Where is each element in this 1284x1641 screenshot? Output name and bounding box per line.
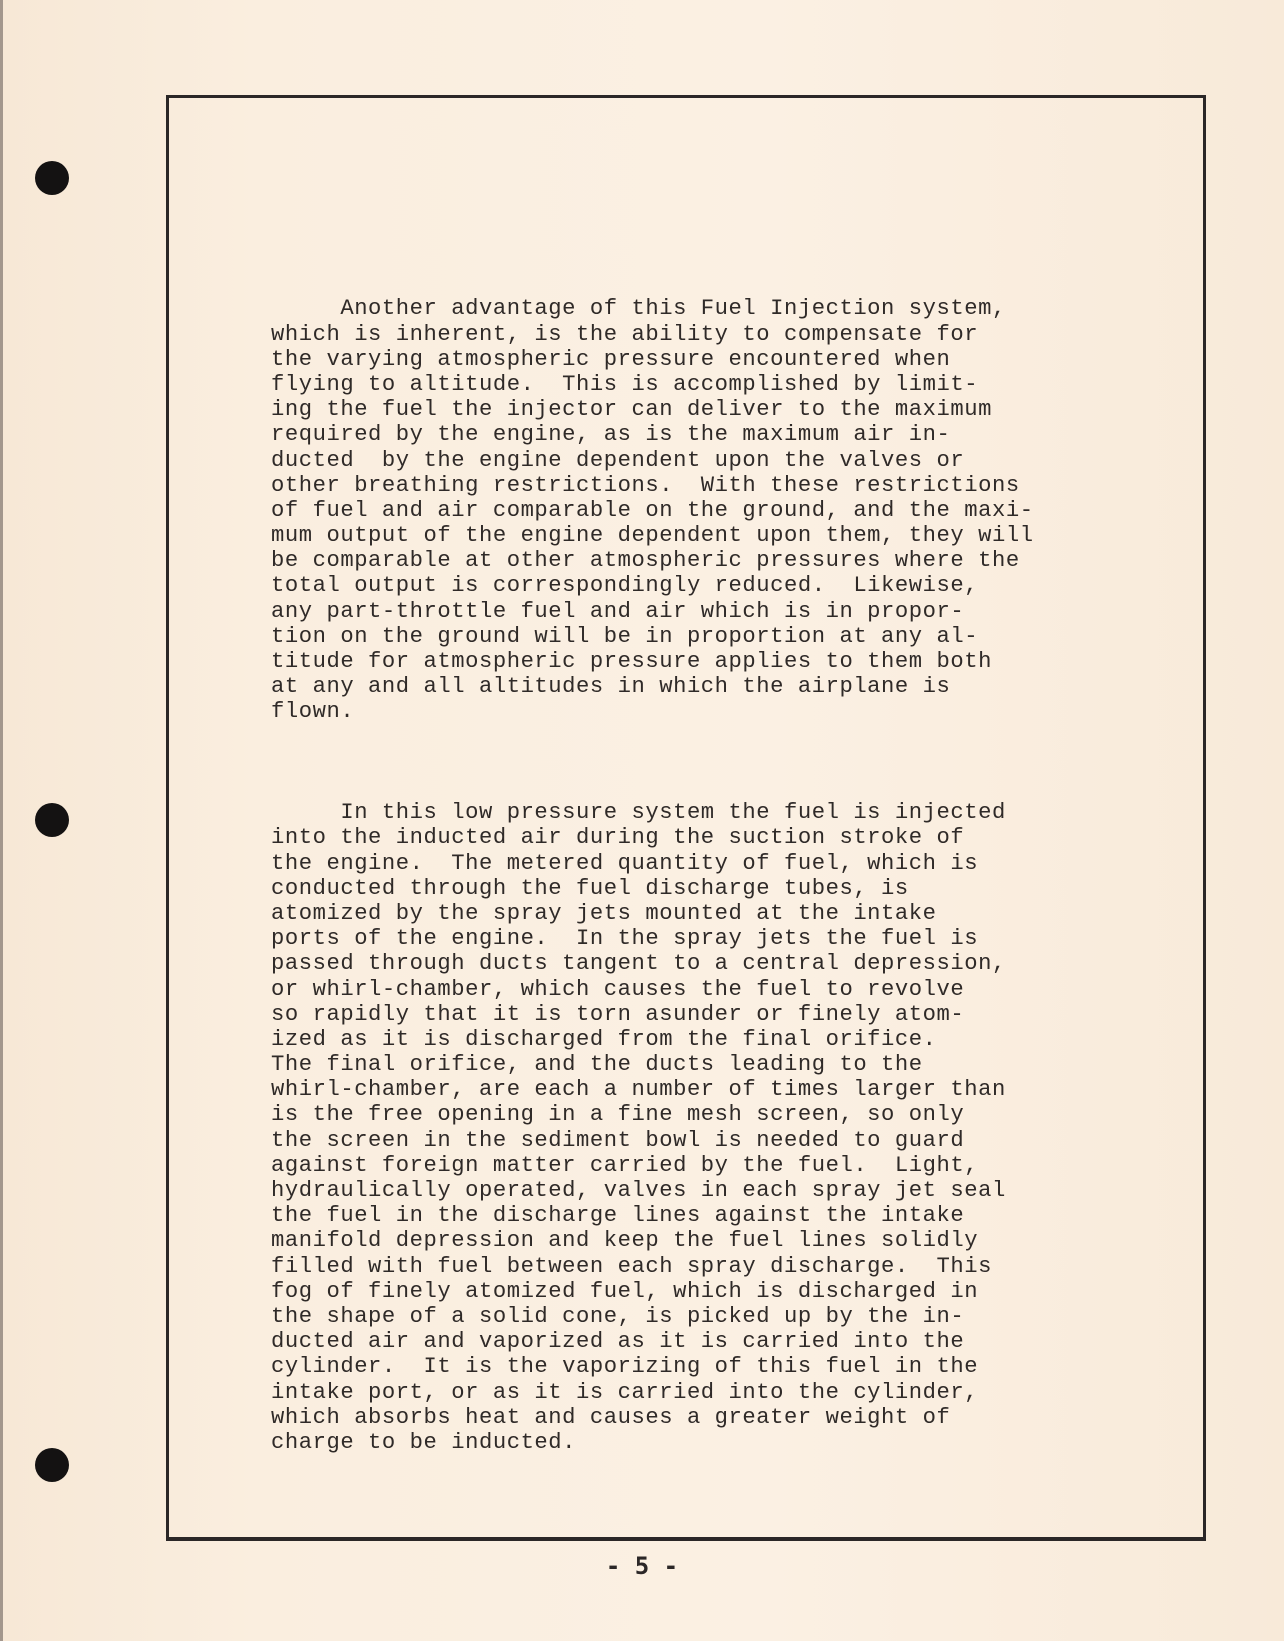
text-line: ing the fuel the injector can deliver to… — [271, 397, 1101, 422]
text-line: manifold depression and keep the fuel li… — [271, 1228, 1101, 1253]
text-line: ized as it is discharged from the final … — [271, 1027, 1101, 1052]
text-line: whirl-chamber, are each a number of time… — [271, 1077, 1101, 1102]
paragraph-1: Another advantage of this Fuel Injection… — [271, 296, 1101, 724]
text-line: the shape of a solid cone, is picked up … — [271, 1304, 1101, 1329]
text-line: filled with fuel between each spray disc… — [271, 1254, 1101, 1279]
text-line: flown. — [271, 699, 1101, 724]
body-text: Another advantage of this Fuel Injection… — [271, 246, 1101, 1505]
text-line: against foreign matter carried by the fu… — [271, 1153, 1101, 1178]
text-line: titude for atmospheric pressure applies … — [271, 649, 1101, 674]
punch-hole-top — [35, 161, 69, 195]
text-line: the engine. The metered quantity of fuel… — [271, 851, 1101, 876]
text-line: charge to be inducted. — [271, 1430, 1101, 1455]
text-line: mum output of the engine dependent upon … — [271, 523, 1101, 548]
text-line: intake port, or as it is carried into th… — [271, 1380, 1101, 1405]
text-line: be comparable at other atmospheric press… — [271, 548, 1101, 573]
text-line: which absorbs heat and causes a greater … — [271, 1405, 1101, 1430]
text-line: the screen in the sediment bowl is neede… — [271, 1128, 1101, 1153]
text-line: other breathing restrictions. With these… — [271, 473, 1101, 498]
page-number: - 5 - — [0, 1552, 1284, 1580]
text-line: at any and all altitudes in which the ai… — [271, 674, 1101, 699]
text-line: or whirl-chamber, which causes the fuel … — [271, 977, 1101, 1002]
text-line: is the free opening in a fine mesh scree… — [271, 1102, 1101, 1127]
paragraph-2: In this low pressure system the fuel is … — [271, 800, 1101, 1455]
text-line: the varying atmospheric pressure encount… — [271, 347, 1101, 372]
text-line: flying to altitude. This is accomplished… — [271, 372, 1101, 397]
text-line: any part-throttle fuel and air which is … — [271, 599, 1101, 624]
text-line: ducted air and vaporized as it is carrie… — [271, 1329, 1101, 1354]
text-line: conducted through the fuel discharge tub… — [271, 876, 1101, 901]
text-line: required by the engine, as is the maximu… — [271, 422, 1101, 447]
text-line: cylinder. It is the vaporizing of this f… — [271, 1354, 1101, 1379]
text-line: total output is correspondingly reduced.… — [271, 573, 1101, 598]
text-line: into the inducted air during the suction… — [271, 825, 1101, 850]
text-line: the fuel in the discharge lines against … — [271, 1203, 1101, 1228]
text-line: Another advantage of this Fuel Injection… — [271, 296, 1101, 321]
text-line: tion on the ground will be in proportion… — [271, 624, 1101, 649]
text-line: fog of finely atomized fuel, which is di… — [271, 1279, 1101, 1304]
text-line: hydraulically operated, valves in each s… — [271, 1178, 1101, 1203]
scanned-page: Another advantage of this Fuel Injection… — [0, 0, 1284, 1641]
text-line: ports of the engine. In the spray jets t… — [271, 926, 1101, 951]
text-line: which is inherent, is the ability to com… — [271, 322, 1101, 347]
text-line: atomized by the spray jets mounted at th… — [271, 901, 1101, 926]
text-line: so rapidly that it is torn asunder or fi… — [271, 1002, 1101, 1027]
page-left-edge — [0, 0, 3, 1641]
punch-hole-middle — [35, 803, 69, 837]
text-line: passed through ducts tangent to a centra… — [271, 951, 1101, 976]
text-line: ducted by the engine dependent upon the … — [271, 448, 1101, 473]
text-line: In this low pressure system the fuel is … — [271, 800, 1101, 825]
punch-hole-bottom — [35, 1448, 69, 1482]
text-line: The final orifice, and the ducts leading… — [271, 1052, 1101, 1077]
text-line: of fuel and air comparable on the ground… — [271, 498, 1101, 523]
